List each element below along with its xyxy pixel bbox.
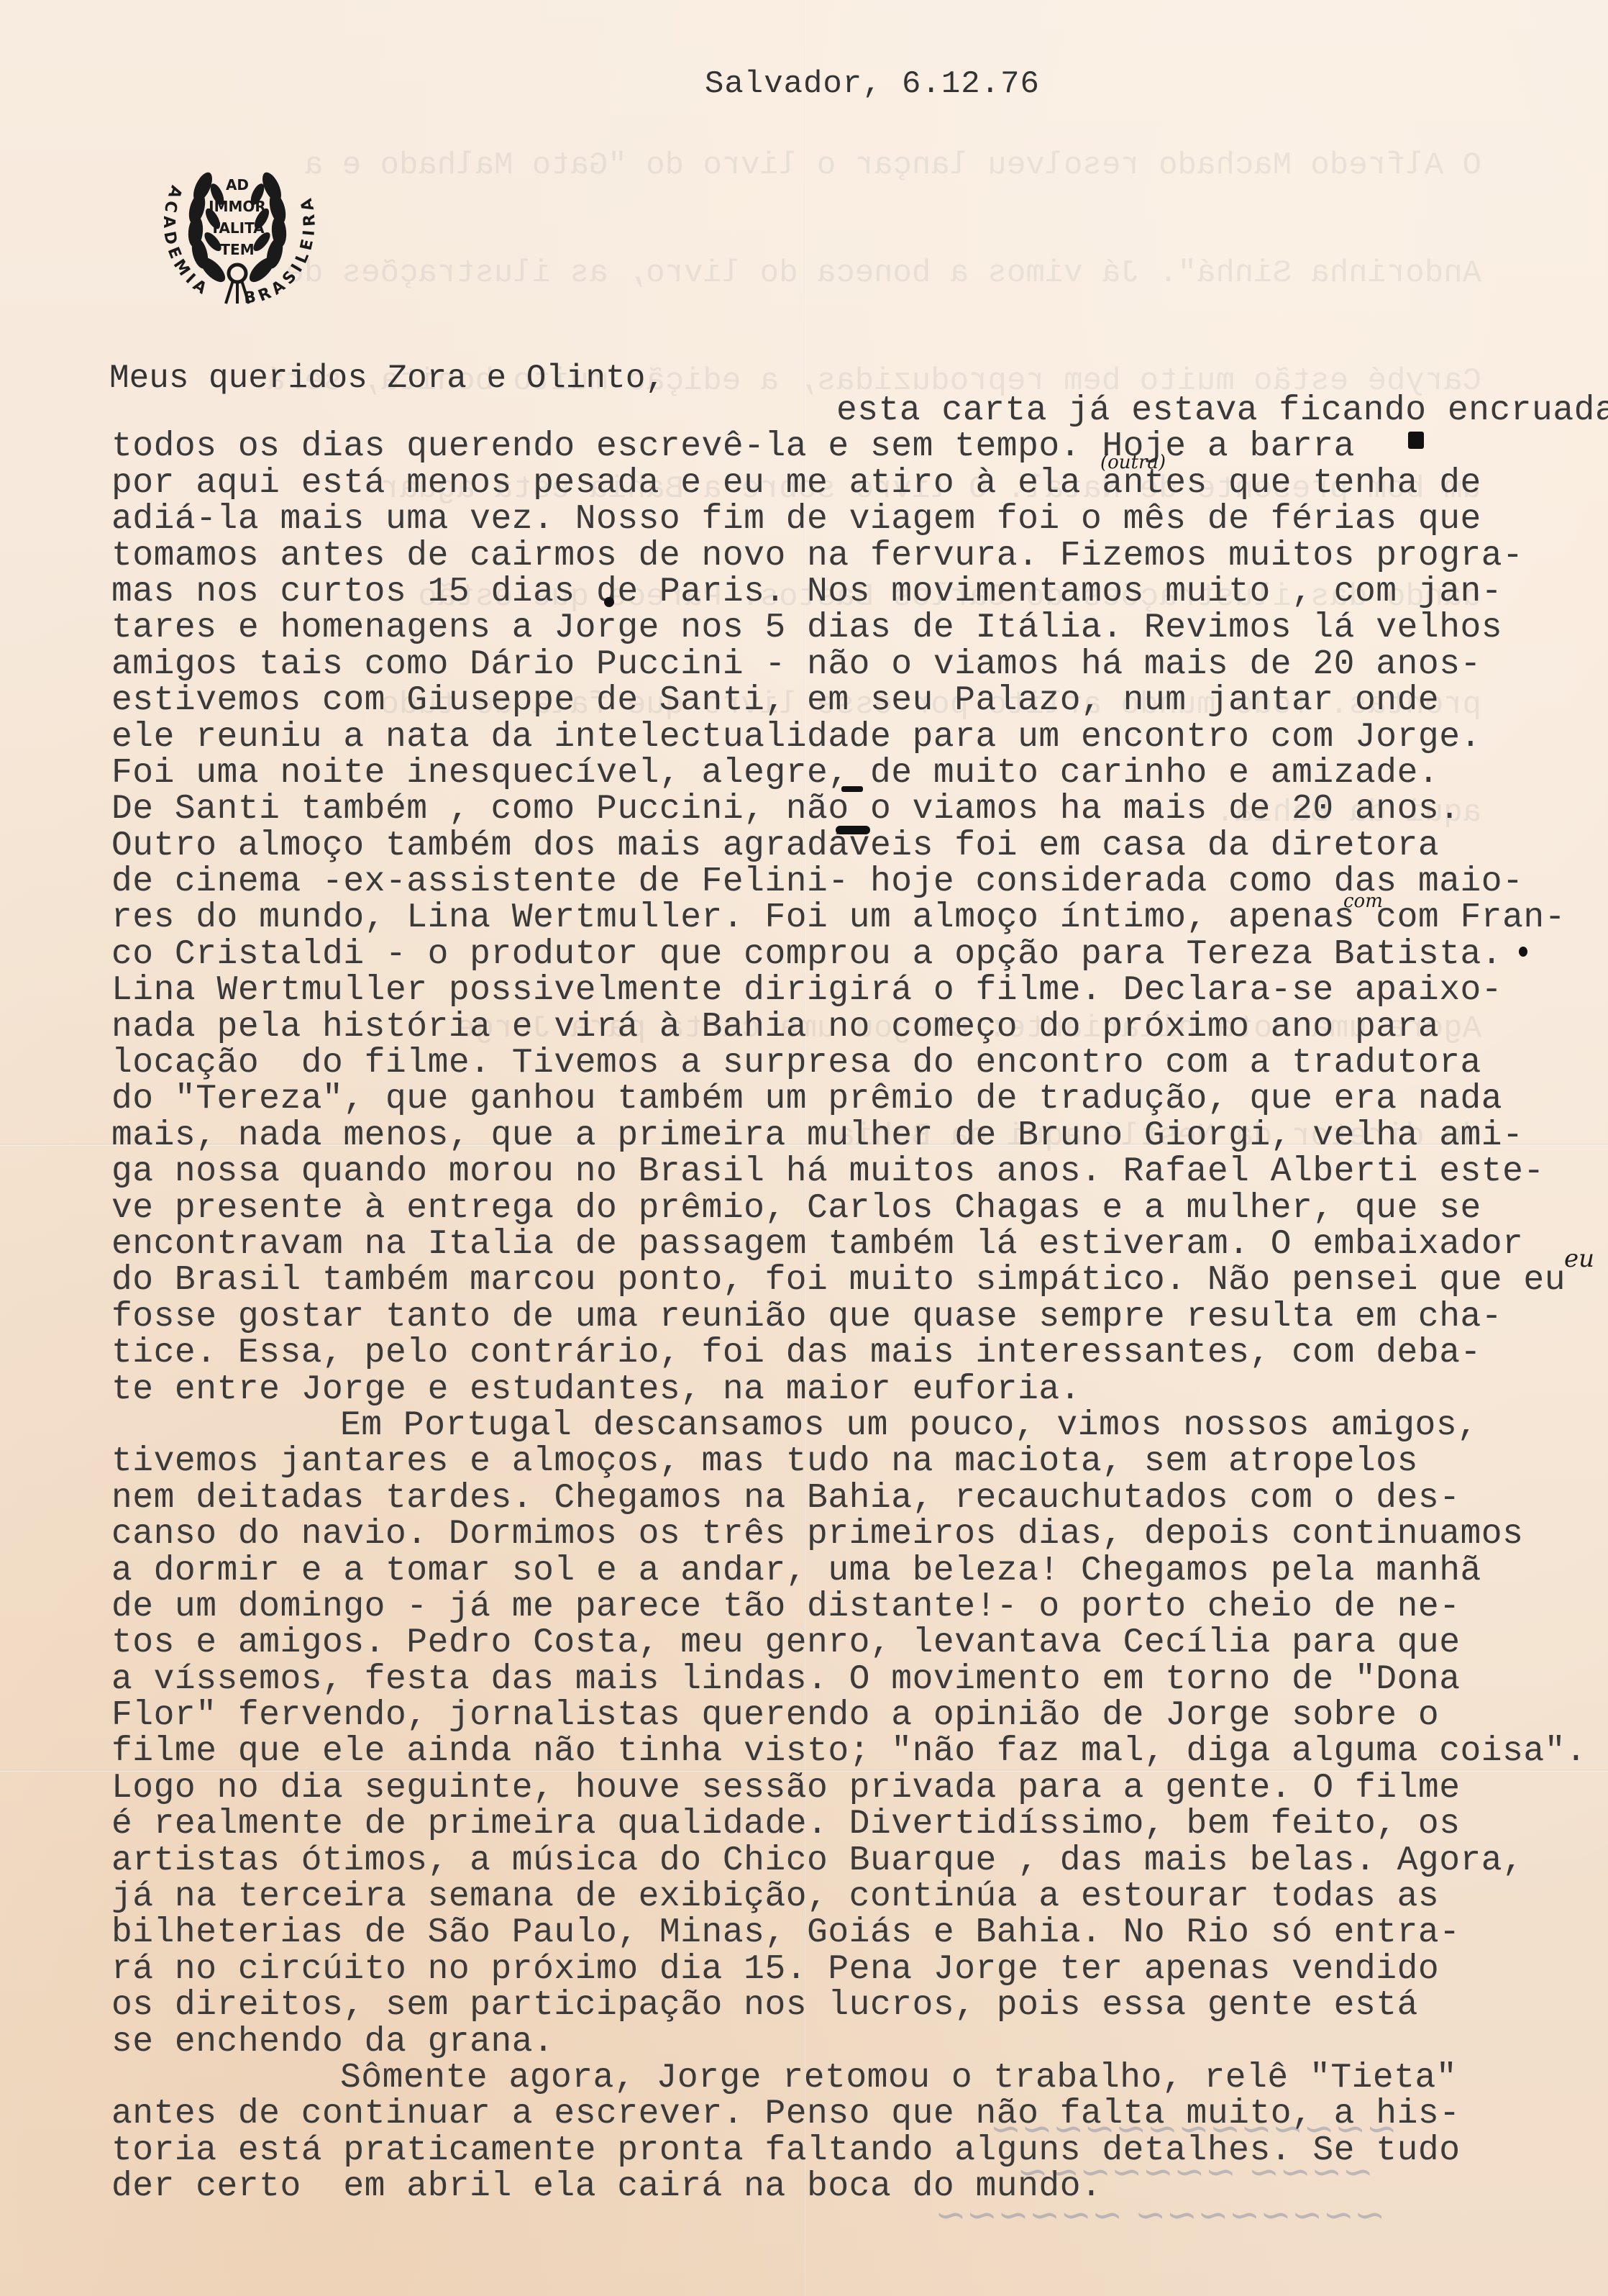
body-line: locação do filme. Tivemos a surpresa do … — [111, 1045, 1521, 1081]
body-line: os direitos, sem participação nos lucros… — [111, 1987, 1521, 2023]
body-line: Foi uma noite inesquecível, alegre, de m… — [111, 755, 1521, 791]
body-line: se enchendo da grana. — [111, 2024, 1521, 2060]
body-line: fosse gostar tanto de uma reunião que qu… — [111, 1299, 1521, 1335]
body-line: tivemos jantares e almoços, mas tudo na … — [111, 1444, 1521, 1480]
body-line: ga nossa quando morou no Brasil há muito… — [111, 1154, 1521, 1190]
salutation: Meus queridos Zora e Olinto, — [109, 360, 665, 397]
body-line: tos e amigos. Pedro Costa, meu genro, le… — [111, 1625, 1521, 1661]
body-line: adiá-la mais uma vez. Nosso fim de viage… — [111, 501, 1521, 537]
body-line: ele reuniu a nata da intelectualidade pa… — [111, 719, 1521, 755]
handwritten-insertion: com — [1343, 890, 1383, 912]
body-line: a dormir e a tomar sol e a andar, uma be… — [111, 1553, 1521, 1589]
body-line: nem deitadas tardes. Chegamos na Bahia, … — [111, 1480, 1521, 1516]
body-line: esta carta já estava ficando encruada, — [111, 393, 1521, 429]
body-line: de cinema -ex-assistente de Felini- hoje… — [111, 864, 1521, 900]
ink-correction-mark — [836, 826, 870, 834]
body-line: mais, nada menos, que a primeira mulher … — [111, 1118, 1521, 1154]
body-line: Logo no dia seguinte, houve sessão priva… — [111, 1770, 1521, 1806]
body-line: de um domingo - já me parece tão distant… — [111, 1589, 1521, 1625]
body-line: por aqui está menos pesada e eu me atiro… — [111, 465, 1521, 501]
body-line: Outro almoço também dos mais agradáveis … — [111, 828, 1521, 864]
body-line: Flor" fervendo, jornalistas querendo a o… — [111, 1698, 1521, 1734]
letter-body: esta carta já estava ficando encruada, t… — [111, 393, 1521, 2205]
body-line: canso do navio. Dormimos os três primeir… — [111, 1516, 1521, 1552]
body-line: do Brasil também marcou ponto, foi muito… — [111, 1262, 1521, 1298]
body-line: Em Portugal descansamos um pouco, vimos … — [111, 1408, 1521, 1444]
body-line: toria está praticamente pronta faltando … — [111, 2133, 1521, 2169]
body-line: mas nos curtos 15 dias de Paris. Nos mov… — [111, 574, 1521, 610]
body-line: tice. Essa, pelo contrário, foi das mais… — [111, 1335, 1521, 1371]
body-line: co Cristaldi - o produtor que comprou a … — [111, 937, 1521, 972]
body-line: rá no circúito no próximo dia 15. Pena J… — [111, 1951, 1521, 1987]
body-line: filme que ele ainda não tinha visto; "nã… — [111, 1734, 1521, 1769]
body-line: artistas ótimos, a música do Chico Buarq… — [111, 1843, 1521, 1879]
body-line: já na terceira semana de exibição, conti… — [111, 1879, 1521, 1915]
body-line: Lina Wertmuller possivelmente dirigirá o… — [111, 972, 1521, 1008]
body-line: a víssemos, festa das mais lindas. O mov… — [111, 1662, 1521, 1698]
body-line: Sômente agora, Jorge retomou o trabalho,… — [111, 2060, 1521, 2096]
ink-blot — [1408, 432, 1424, 449]
body-line: do "Tereza", que ganhou também um prêmio… — [111, 1081, 1521, 1117]
seal-ring-text: ACADEMIA — [160, 183, 214, 300]
body-line: encontravam na Italia de passagem também… — [111, 1226, 1521, 1262]
seal-motto-line: IMMOR — [209, 198, 266, 215]
seal-motto-line: AD — [226, 176, 249, 193]
body-line: tomamos antes de cairmos de novo na ferv… — [111, 538, 1521, 574]
body-line: amigos tais como Dário Puccini - não o v… — [111, 647, 1521, 683]
place-and-date: Salvador, 6.12.76 — [705, 66, 1040, 102]
body-line: ve presente à entrega do prêmio, Carlos … — [111, 1190, 1521, 1226]
handwritten-insertion: (outra) — [1100, 452, 1166, 473]
ink-correction-mark — [841, 786, 863, 792]
body-line: antes de continuar a escrever. Penso que… — [111, 2096, 1521, 2132]
body-line: é realmente de primeira qualidade. Diver… — [111, 1806, 1521, 1842]
seal-motto-line: TEM — [220, 241, 254, 258]
ink-dot — [604, 597, 614, 607]
seal-motto-line: TALITA — [210, 219, 265, 237]
body-line: res do mundo, Lina Wertmuller. Foi um al… — [111, 900, 1521, 936]
body-line: estivemos com Giuseppe de Santi, em seu … — [111, 683, 1521, 719]
ink-dot — [1519, 947, 1527, 957]
academia-brasileira-seal-icon: AD IMMOR TALITA TEM ACADEMIA BRASILEIRA — [151, 144, 324, 309]
body-line: todos os dias querendo escrevê-la e sem … — [111, 429, 1521, 465]
svg-text:ACADEMIA: ACADEMIA — [160, 183, 214, 300]
handwritten-insertion: eu — [1564, 1244, 1594, 1273]
body-line: nada pela história e virá à Bahia no com… — [111, 1009, 1521, 1045]
body-line: tares e homenagens a Jorge nos 5 dias de… — [111, 610, 1521, 646]
body-line: bilheterias de São Paulo, Minas, Goiás e… — [111, 1915, 1521, 1951]
body-line: De Santi também , como Puccini, não o vi… — [111, 791, 1521, 827]
body-line: te entre Jorge e estudantes, na maior eu… — [111, 1372, 1521, 1408]
body-line: der certo em abril ela cairá na boca do … — [111, 2169, 1521, 2205]
